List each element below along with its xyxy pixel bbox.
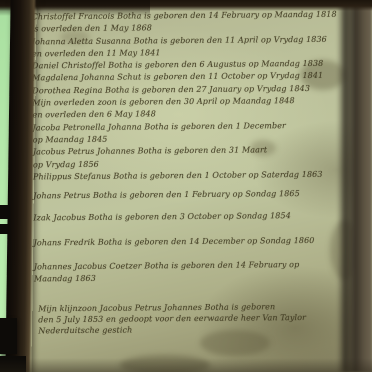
register-line: Johans Petrus Botha is geboren den 1 Feb…	[33, 188, 345, 203]
bottom-page-shadow	[0, 358, 372, 372]
register-lines: Christoffel Francois Botha is geboren de…	[32, 9, 346, 286]
register-line: Philippus Stefanus Botha is geboren den …	[33, 168, 345, 183]
register-line: Johans Fredrik Botha is geboren den 14 D…	[34, 234, 346, 249]
closing-note: Mijn klijnzoon Jacobus Petrus Johannes B…	[34, 300, 346, 337]
binding-clasp	[0, 318, 17, 354]
register-line: Maandag 1863	[34, 271, 346, 286]
binding-clasp	[0, 205, 10, 219]
handwritten-entries: Christoffel Francois Botha is geboren de…	[32, 9, 347, 338]
book-spine	[5, 0, 36, 372]
register-line: Izak Jacobus Botha is geboren den 3 Octo…	[33, 210, 345, 225]
book-photo: Christoffel Francois Botha is geboren de…	[0, 0, 372, 372]
right-page-edge	[336, 0, 372, 372]
binding-clasp	[0, 224, 8, 234]
